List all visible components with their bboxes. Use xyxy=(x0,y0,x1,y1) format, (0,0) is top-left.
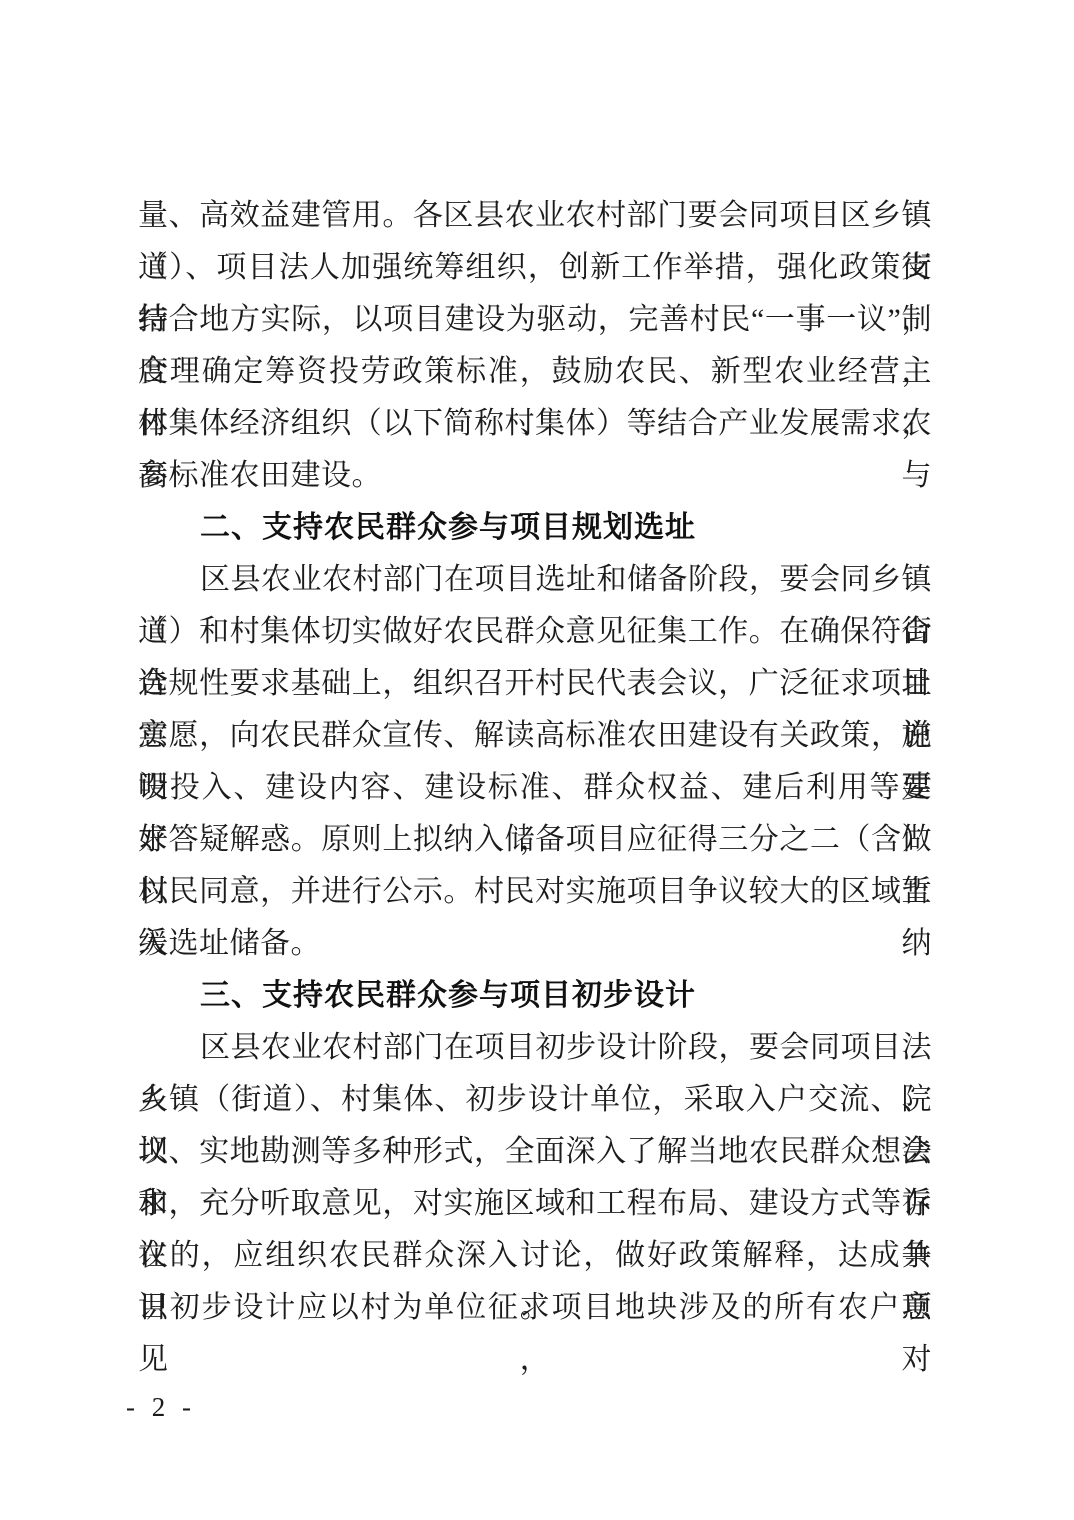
section-heading-2: 二、支持农民群众参与项目规划选址 xyxy=(138,502,932,554)
body-line: 目初步设计应以村为单位征求项目地块涉及的所有农户意见，对 xyxy=(138,1282,932,1334)
document-text-block: 量、高效益建管用。各区县农业农村部门要会同项目区乡镇（街 道）、项目法人加强统筹… xyxy=(138,190,932,1334)
body-line: 量、高效益建管用。各区县农业农村部门要会同项目区乡镇（街 xyxy=(138,190,932,242)
body-line: 议、实地勘测等多种形式，全面深入了解当地农民群众想法和诉 xyxy=(138,1126,932,1178)
body-line: 村民同意，并进行公示。村民对实施项目争议较大的区域暂缓纳 xyxy=(138,866,932,918)
body-line: 意愿，向农民群众宣传、解读高标准农田建设有关政策，说明建 xyxy=(138,710,932,762)
section-heading-3: 三、支持农民群众参与项目初步设计 xyxy=(138,970,932,1022)
body-line: 乡镇（街道）、村集体、初步设计单位，采取入户交流、院坝会 xyxy=(138,1074,932,1126)
body-line: 村集体经济组织（以下简称村集体）等结合产业发展需求，参与 xyxy=(138,398,932,450)
body-line: 区县农业农村部门在项目初步设计阶段，要会同项目法人、 xyxy=(138,1022,932,1074)
body-line: 合理确定筹资投劳政策标准，鼓励农民、新型农业经营主体、农 xyxy=(138,346,932,398)
body-line: 合规性要求基础上，组织召开村民代表会议，广泛征求项目实施 xyxy=(138,658,932,710)
body-line: 道）和村集体切实做好农民群众意见征集工作。在确保符合选址 xyxy=(138,606,932,658)
body-line: 求，充分听取意见，对实施区域和工程布局、建设方式等存在争 xyxy=(138,1178,932,1230)
body-line: 结合地方实际，以项目建设为驱动，完善村民“一事一议”制度， xyxy=(138,294,932,346)
document-page: 量、高效益建管用。各区县农业农村部门要会同项目区乡镇（街 道）、项目法人加强统筹… xyxy=(0,0,1074,1520)
body-line: 好答疑解惑。原则上拟纳入储备项目应征得三分之二（含）以上 xyxy=(138,814,932,866)
page-number: - 2 - xyxy=(126,1392,196,1422)
body-line: 设投入、建设内容、建设标准、群众权益、建后利用等要求，做 xyxy=(138,762,932,814)
body-line: 道）、项目法人加强统筹组织，创新工作举措，强化政策支持， xyxy=(138,242,932,294)
body-line: 区县农业农村部门在项目选址和储备阶段，要会同乡镇（街 xyxy=(138,554,932,606)
body-line: 议的，应组织农民群众深入讨论，做好政策解释，达成共识。项 xyxy=(138,1230,932,1282)
